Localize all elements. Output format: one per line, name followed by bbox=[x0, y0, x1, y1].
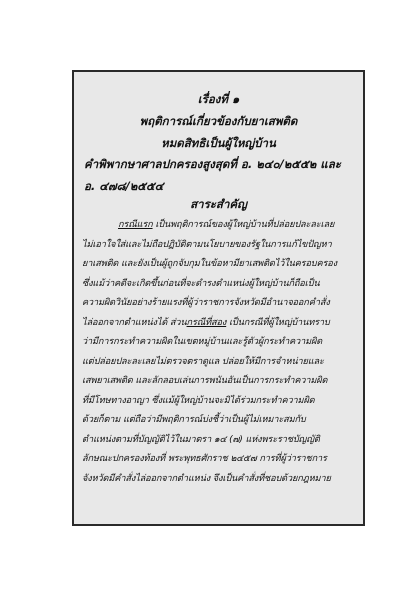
body-line-14: จังหวัดมีคำสั่งไล่ออกจากตำแหน่ง จึงเป็นค… bbox=[82, 471, 362, 486]
case-subject-title: พฤติการณ์เกี่ยวข้องกับยาเสพติด bbox=[74, 113, 363, 131]
section-heading: สาระสำคัญ bbox=[74, 196, 363, 214]
body-line-5: ความผิดวินัยอย่างร้ายแรงที่ผู้ว่าราชการจ… bbox=[82, 295, 362, 310]
body-text: เป็นพฤติการณ์ของผู้ใหญ่บ้านที่ปล่อยปละละ… bbox=[153, 219, 335, 230]
body-line-10: ที่มีโทษทางอาญา ซึ่งแม้ผู้ใหญ่บ้านจะมิได… bbox=[82, 393, 362, 408]
body-line-13: ลักษณะปกครองท้องที่ พระพุทธศักราช ๒๔๕๗ ก… bbox=[82, 451, 362, 466]
summary-box: เรื่องที่ ๑ พฤติการณ์เกี่ยวข้องกับยาเสพต… bbox=[72, 70, 365, 526]
body-line-11: ด้วยก็ตาม แต่ถือว่ามีพฤติการณ์บ่งชี้ว่าเ… bbox=[82, 412, 362, 427]
case-number-title: เรื่องที่ ๑ bbox=[74, 91, 363, 109]
court-reference-line-2: อ. ๔๗๘/๒๕๕๔ bbox=[84, 178, 373, 196]
body-line-6: ไล่ออกจากตำแหน่งได้ ส่วนกรณีที่สอง เป็นก… bbox=[82, 315, 362, 330]
body-line-12: ตำแหน่งตามที่บัญญัติไว้ในมาตรา ๑๔ (๗) แห… bbox=[82, 432, 362, 447]
body-line-2: ไม่เอาใจใส่และไม่ถือปฏิบัติตามนโยบายของร… bbox=[82, 237, 362, 252]
body-line-3: ยาเสพติด และยังเป็นผู้ถูกจับกุมในข้อหามี… bbox=[82, 256, 362, 271]
case-subject-subtitle: หมดสิทธิเป็นผู้ใหญ่บ้าน bbox=[74, 135, 363, 153]
court-reference-line-1: คำพิพากษาศาลปกครองสูงสุดที่ อ. ๒๔๐/๒๕๕๒ … bbox=[84, 156, 373, 174]
body-line-9: เสพยาเสพติด และลักลอบเล่นการพนันอันเป็นก… bbox=[82, 373, 362, 388]
first-case-label: กรณีแรก bbox=[118, 219, 153, 230]
second-case-label: กรณีที่สอง bbox=[187, 317, 227, 328]
body-line-4: ซึ่งแม้ว่าคดีจะเกิดขึ้นก่อนที่จะดำรงตำแห… bbox=[82, 276, 362, 291]
body-line-1: กรณีแรก เป็นพฤติการณ์ของผู้ใหญ่บ้านที่ปล… bbox=[118, 217, 368, 232]
body-line-7: ว่ามีการกระทำความผิดในเขตหมู่บ้านและรู้ต… bbox=[82, 334, 362, 349]
body-line-8: แต่ปล่อยปละละเลยไม่ตรวจตราดูแล ปล่อยให้ม… bbox=[82, 354, 362, 369]
body-text: ไล่ออกจากตำแหน่งได้ ส่วน bbox=[82, 317, 187, 328]
body-text: เป็นกรณีที่ผู้ใหญ่บ้านทราบ bbox=[226, 317, 329, 328]
